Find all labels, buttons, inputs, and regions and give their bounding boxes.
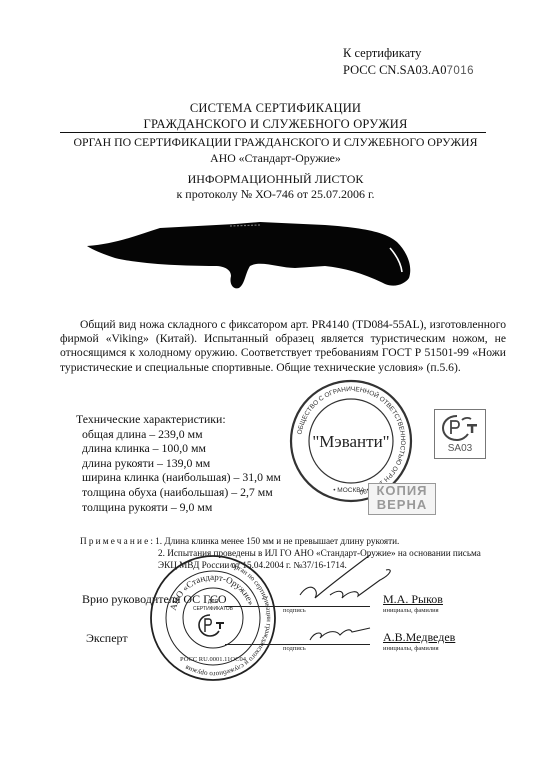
copy-certified-stamp: КОПИЯ ВЕРНА [368, 483, 436, 515]
certificate-reference: К сертификату РОСС CN.SA03.A07016 [343, 45, 474, 80]
copy-stamp-line1: КОПИЯ [369, 484, 435, 498]
spec-item: длина клинка – 100,0 мм [76, 441, 281, 456]
folding-knife-icon [85, 214, 425, 304]
svg-text:РОСС RU.0001.11ОС04: РОСС RU.0001.11ОС04 [180, 656, 247, 663]
spec-item: толщина рукояти – 9,0 мм [76, 500, 281, 515]
certificate-number-prefix: РОСС CN.SA03.A0 [343, 63, 446, 77]
notes: Примечание:1. Длина клинка менее 150 мм … [80, 535, 399, 547]
spec-item: общая длина – 239,0 мм [76, 427, 281, 442]
document-title-block: ИНФОРМАЦИОННЫЙ ЛИСТОК к протоколу № ХО-7… [0, 172, 551, 202]
spec-item: толщина обуха (наибольшая) – 2,7 мм [76, 485, 281, 500]
expert-role: Эксперт [86, 631, 128, 646]
svg-text:СЕРТИФИКАТОВ: СЕРТИФИКАТОВ [193, 606, 234, 612]
system-line-2: ГРАЖДАНСКОГО И СЛУЖЕБНОГО ОРУЖИЯ [0, 116, 551, 132]
pct-conformity-icon [435, 410, 485, 444]
document-title: ИНФОРМАЦИОННЫЙ ЛИСТОК [0, 172, 551, 187]
spec-item: длина рукояти – 139,0 мм [76, 456, 281, 471]
notes-label: Примечание: [80, 536, 155, 546]
copy-stamp-line2: ВЕРНА [369, 498, 435, 512]
note-1: 1. Длина клинка менее 150 мм и не превыш… [155, 536, 399, 546]
specs-heading: Технические характеристики: [76, 412, 281, 427]
certificate-ref-line1: К сертификату [343, 45, 474, 62]
body-line-2: АНО «Стандарт-Оружие» [0, 150, 551, 166]
handwritten-signature [290, 550, 400, 655]
svg-text:• МОСКВА •: • МОСКВА • [333, 487, 369, 494]
pct-mark: SA03 [434, 409, 486, 459]
svg-text:"Мэванти": "Мэванти" [312, 432, 389, 451]
product-description: Общий вид ножа складного с фиксатором ар… [60, 318, 506, 375]
certification-body-stamp: Орган по сертификации гражданского и слу… [148, 553, 278, 688]
document-subtitle: к протоколу № ХО-746 от 25.07.2006 г. [0, 187, 551, 202]
pct-code: SA03 [435, 443, 485, 454]
svg-text:ДЛЯ: ДЛЯ [208, 599, 219, 605]
certificate-number-handwritten: 7016 [446, 65, 474, 77]
body-line-1: ОРГАН ПО СЕРТИФИКАЦИИ ГРАЖДАНСКОГО И СЛУ… [0, 134, 551, 150]
technical-specs: Технические характеристики: общая длина … [76, 412, 281, 514]
certification-system-heading: СИСТЕМА СЕРТИФИКАЦИИ ГРАЖДАНСКОГО И СЛУЖ… [0, 100, 551, 132]
certificate-ref-number: РОСС CN.SA03.A07016 [343, 62, 474, 80]
certification-body-heading: ОРГАН ПО СЕРТИФИКАЦИИ ГРАЖДАНСКОГО И СЛУ… [0, 134, 551, 166]
header-divider [60, 132, 486, 133]
system-line-1: СИСТЕМА СЕРТИФИКАЦИИ [0, 100, 551, 116]
spec-item: ширина клинка (наибольшая) – 31,0 мм [76, 470, 281, 485]
